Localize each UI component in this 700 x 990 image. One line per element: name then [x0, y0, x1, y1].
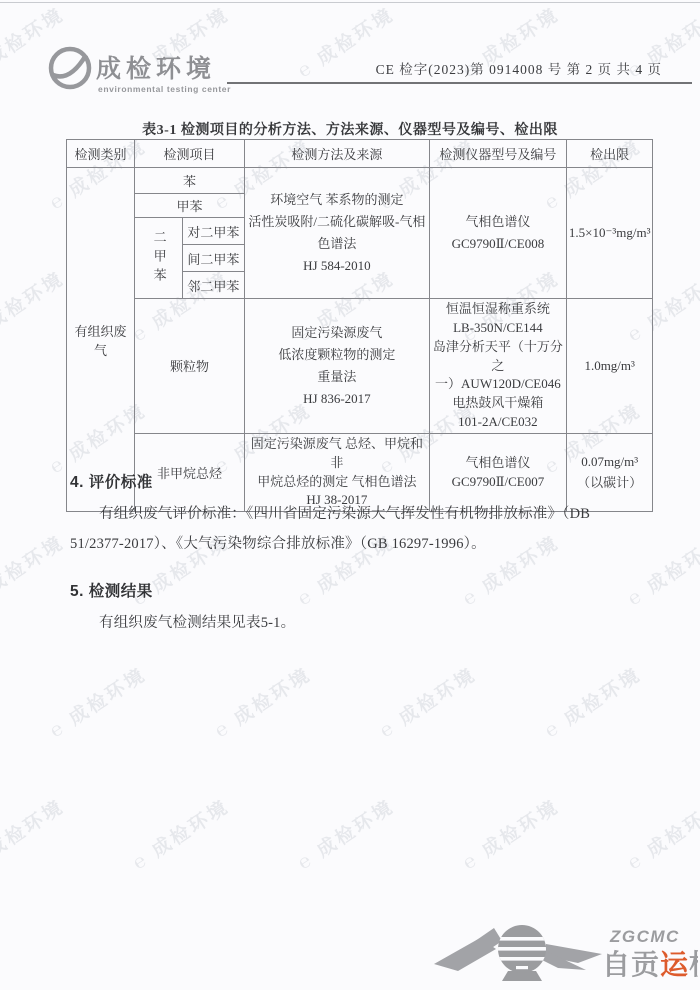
column-header-method: 检测方法及来源: [244, 140, 429, 168]
watermark-tile: ℮ 成检环境: [0, 528, 69, 611]
cell-item-m-xylene: 间二甲苯: [182, 245, 244, 272]
footer-logo-graphic: ZGCMC 自贡运机: [434, 918, 698, 984]
watermark-tile: ℮ 成检环境: [209, 660, 317, 743]
table-row: 颗粒物 固定污染源废气 低浓度颗粒物的测定 重量法 HJ 836-2017 恒温…: [67, 299, 653, 434]
column-header-instrument: 检测仪器型号及编号: [429, 140, 566, 168]
cell-item-particulate: 颗粒物: [135, 299, 245, 434]
watermark-tile: ℮ 成检环境: [457, 792, 565, 875]
logo-company-name: 成检环境: [96, 54, 216, 83]
cell-method-benzene-series: 环境空气 苯系物的测定 活性炭吸附/二硫化碳解吸-气相 色谱法 HJ 584-2…: [244, 168, 429, 299]
cell-method-particulate: 固定污染源废气 低浓度颗粒物的测定 重量法 HJ 836-2017: [244, 299, 429, 434]
footer-name-prefix: 自贡: [602, 949, 661, 980]
column-header-item: 检测项目: [135, 140, 245, 168]
body-sections: 4. 评价标准 有组织废气评价标准：《四川省固定污染源大气挥发性有机物排放标准》…: [70, 470, 647, 639]
section-5-heading: 5. 检测结果: [70, 579, 647, 601]
cell-item-xylene-group: 二甲苯: [135, 218, 183, 299]
cell-instrument-particulate: 恒温恒湿称重系统 LB-350N/CE144 岛津分析天平（十万分之 一）AUW…: [429, 299, 566, 434]
cell-limit-particulate: 1.0mg/m³: [566, 299, 653, 434]
section-4-heading: 4. 评价标准: [70, 470, 647, 492]
footer-name-highlight: 运: [660, 949, 689, 980]
cell-item-toluene: 甲苯: [135, 194, 245, 218]
footer-logo-abbr: ZGCMC: [609, 927, 680, 946]
logo-mark-icon: [51, 49, 89, 87]
cell-instrument-benzene-series: 气相色谱仪 GC9790Ⅱ/CE008: [429, 168, 566, 299]
watermark-tile: ℮ 成检环境: [0, 792, 69, 875]
company-logo: 成检环境 environmental testing center: [44, 40, 256, 105]
table-title: 表3-1 检测项目的分析方法、方法来源、仪器型号及编号、检出限: [0, 119, 700, 139]
watermark-tile: ℮ 成检环境: [127, 792, 235, 875]
document-page: ℮ 成检环境℮ 成检环境℮ 成检环境℮ 成检环境℮ 成检环境℮ 成检环境℮ 成检…: [0, 0, 700, 990]
scan-edge-line: [0, 2, 700, 3]
watermark-tile: ℮ 成检环境: [622, 792, 700, 875]
watermark-tile: ℮ 成检环境: [539, 660, 647, 743]
table-row: 有组织废气 苯 环境空气 苯系物的测定 活性炭吸附/二硫化碳解吸-气相 色谱法 …: [67, 168, 653, 194]
xylene-vertical-label: 二甲苯: [151, 230, 165, 287]
table-header-row: 检测类别 检测项目 检测方法及来源 检测仪器型号及编号 检出限: [67, 140, 653, 168]
watermark-tile: ℮ 成检环境: [292, 792, 400, 875]
winged-drum-emblem-icon: [434, 925, 602, 981]
footer-logo: ZGCMC 自贡运机: [434, 918, 698, 989]
watermark-tile: ℮ 成检环境: [44, 660, 152, 743]
section-4-paragraph: 有组织废气评价标准：《四川省固定污染源大气挥发性有机物排放标准》（DB 51/2…: [70, 500, 647, 559]
cell-category: 有组织废气: [67, 168, 135, 512]
cell-item-p-xylene: 对二甲苯: [182, 218, 244, 245]
watermark-tile: ℮ 成检环境: [374, 660, 482, 743]
column-header-limit: 检出限: [566, 140, 653, 168]
company-logo-graphic: 成检环境 environmental testing center: [44, 40, 256, 100]
column-header-category: 检测类别: [67, 140, 135, 168]
logo-company-subtitle: environmental testing center: [98, 84, 231, 94]
cell-limit-benzene-series: 1.5×10⁻³mg/m³: [566, 168, 653, 299]
watermark-tile: ℮ 成检环境: [0, 264, 69, 347]
header-rule: [227, 82, 692, 84]
analysis-methods-table: 检测类别 检测项目 检测方法及来源 检测仪器型号及编号 检出限 有组织废气 苯 …: [66, 139, 653, 512]
document-number: CE 检字(2023)第 0914008 号 第 2 页 共 4 页: [376, 58, 662, 78]
footer-logo-name: 自贡运机: [602, 949, 698, 980]
footer-name-suffix: 机: [689, 949, 698, 980]
cell-item-o-xylene: 邻二甲苯: [182, 272, 244, 299]
section-5-paragraph: 有组织废气检测结果见表5-1。: [70, 609, 647, 639]
cell-item-benzene: 苯: [135, 168, 245, 194]
